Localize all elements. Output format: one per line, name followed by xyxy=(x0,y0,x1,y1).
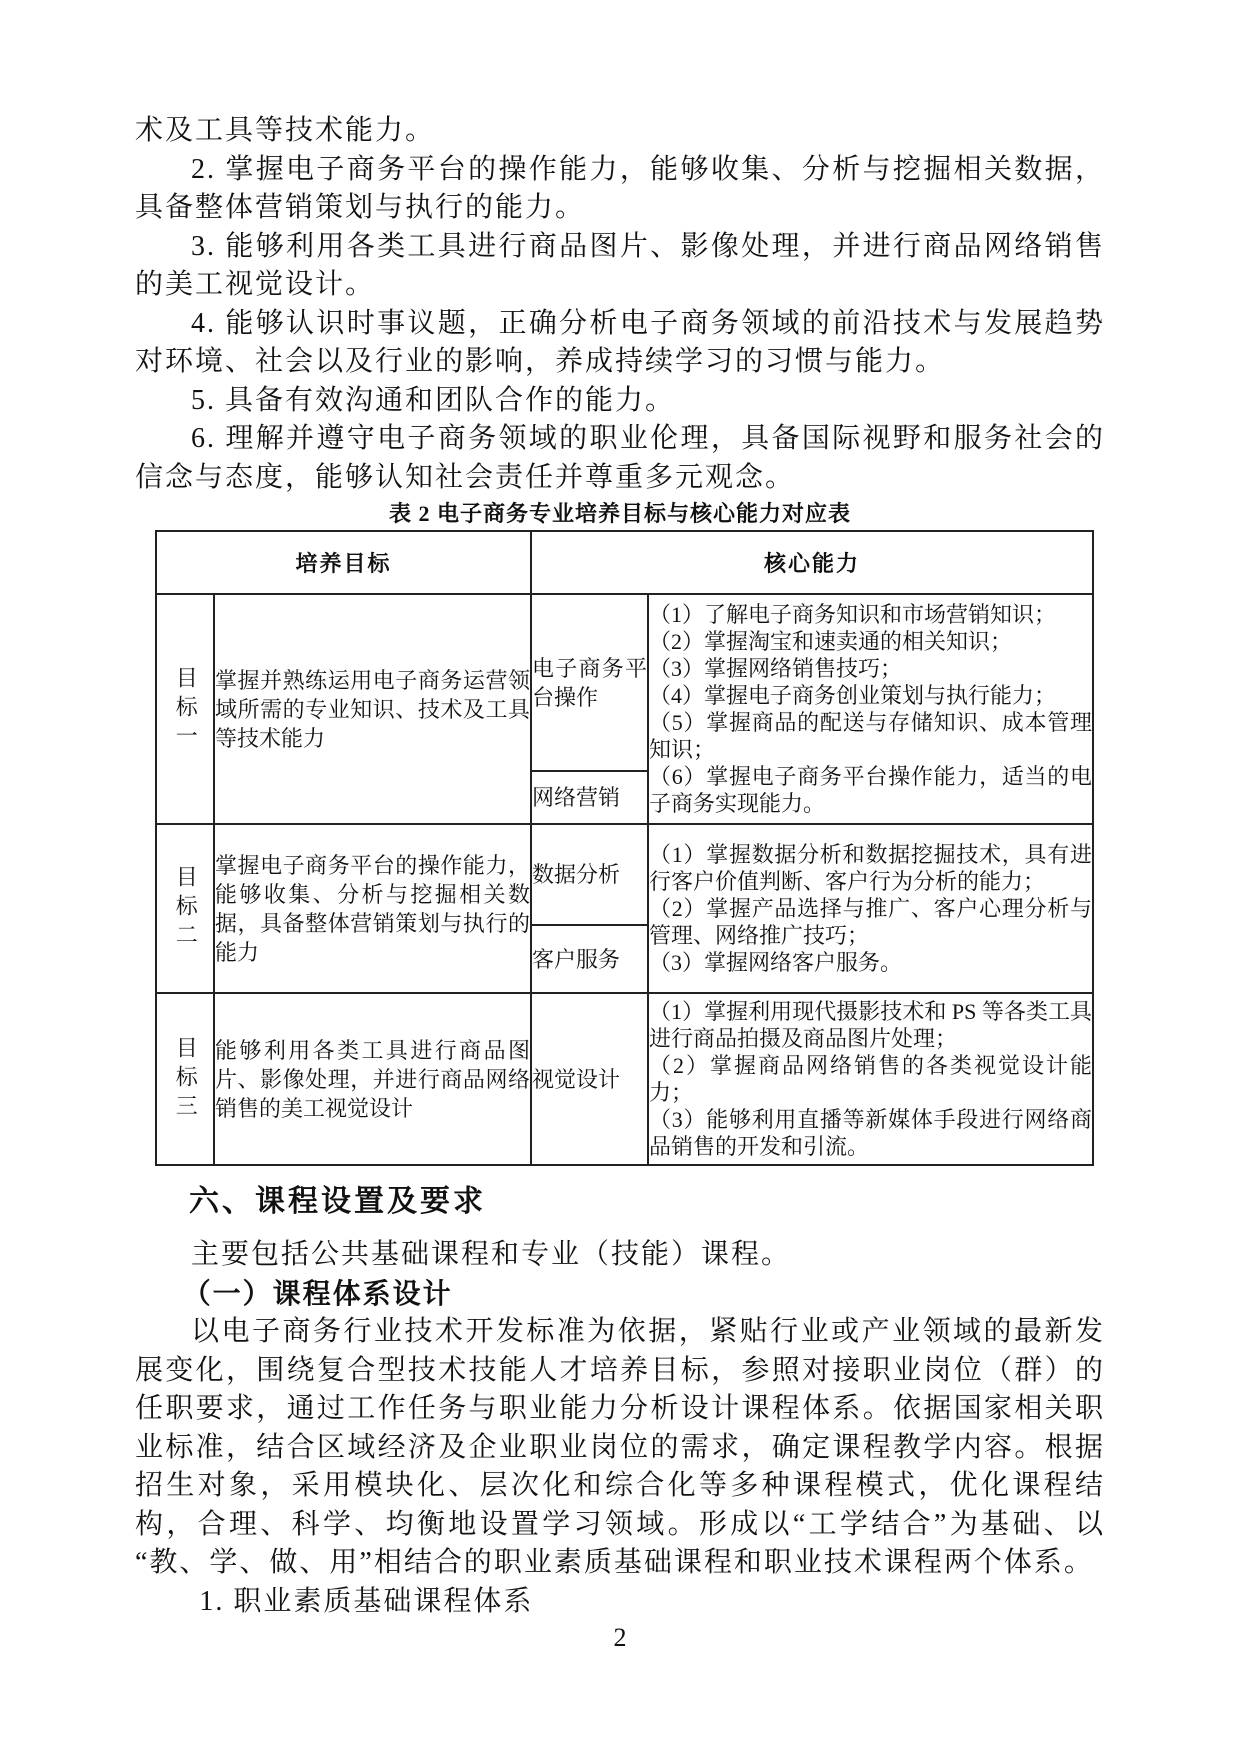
goal1-description: 掌握并熟练运用电子商务运营领域所需的专业知识、技术及工具等技术能力 xyxy=(214,594,531,824)
section-body-paragraph: 以电子商务行业技术开发标准为依据，紧贴行业或产业领域的最新发展变化，围绕复合型技… xyxy=(135,1313,1105,1583)
goal3-description: 能够利用各类工具进行商品图片、影像处理，并进行商品网络销售的美工视觉设计 xyxy=(214,993,531,1165)
ability-item: （1）掌握利用现代摄影技术和 PS 等各类工具进行商品拍摄及商品图片处理； xyxy=(649,998,1092,1052)
table-header-row: 培养目标 核心能力 xyxy=(156,531,1093,594)
goals-abilities-table: 培养目标 核心能力 目标一 掌握并熟练运用电子商务运营领域所需的专业知识、技术及… xyxy=(155,530,1094,1166)
goal1-domain-platform: 电子商务平台操作 xyxy=(531,594,648,771)
goal1-abilities: （1）了解电子商务知识和市场营销知识； （2）掌握淘宝和速卖通的相关知识； （3… xyxy=(648,594,1093,824)
goal3-abilities: （1）掌握利用现代摄影技术和 PS 等各类工具进行商品拍摄及商品图片处理； （2… xyxy=(648,993,1093,1165)
goal1-domain-marketing: 网络营销 xyxy=(531,771,648,824)
document-page: { "intro_paragraphs": [ "术及工具等技术能力。", "2… xyxy=(0,0,1240,1754)
ability-item: （2）掌握商品网络销售的各类视觉设计能力； xyxy=(649,1052,1092,1106)
subsection-heading: （一）课程体系设计 xyxy=(135,1275,1105,1314)
goal3-label: 目标三 xyxy=(156,993,214,1165)
goal1-label-text: 目标一 xyxy=(172,666,198,753)
table-row-goal1a: 目标一 掌握并熟练运用电子商务运营领域所需的专业知识、技术及工具等技术能力 电子… xyxy=(156,594,1093,771)
intro-item-6: 6. 理解并遵守电子商务领域的职业伦理，具备国际视野和服务社会的信念与态度，能够… xyxy=(135,420,1105,497)
header-cell-core-ability: 核心能力 xyxy=(531,531,1093,594)
ability-item: （1）掌握数据分析和数据挖掘技术，具有进行客户价值判断、客户行为分析的能力； xyxy=(649,841,1092,895)
goal2-label-text: 目标二 xyxy=(172,865,198,952)
table-row-goal3: 目标三 能够利用各类工具进行商品图片、影像处理，并进行商品网络销售的美工视觉设计… xyxy=(156,993,1093,1165)
intro-item-5: 5. 具备有效沟通和团队合作的能力。 xyxy=(135,382,1105,421)
page-number: 2 xyxy=(0,1622,1240,1654)
goal2-label: 目标二 xyxy=(156,824,214,993)
goal2-abilities: （1）掌握数据分析和数据挖掘技术，具有进行客户价值判断、客户行为分析的能力； （… xyxy=(648,824,1093,993)
ability-item: （5）掌握商品的配送与存储知识、成本管理知识； xyxy=(649,709,1092,763)
header-cell-training-goal: 培养目标 xyxy=(156,531,531,594)
ability-item: （3）掌握网络客户服务。 xyxy=(649,949,1092,976)
intro-item-3: 3. 能够利用各类工具进行商品图片、影像处理，并进行商品网络销售的美工视觉设计。 xyxy=(135,228,1105,305)
goal2-domain-customer-service: 客户服务 xyxy=(531,925,648,993)
ability-item: （2）掌握产品选择与推广、客户心理分析与管理、网络推广技巧； xyxy=(649,895,1092,949)
ability-item: （6）掌握电子商务平台操作能力，适当的电子商务实现能力。 xyxy=(649,763,1092,817)
table-caption: 表 2 电子商务专业培养目标与核心能力对应表 xyxy=(135,497,1105,530)
table-row-goal2a: 目标二 掌握电子商务平台的操作能力，能够收集、分析与挖掘相关数据，具备整体营销策… xyxy=(156,824,1093,925)
ability-item: （1）了解电子商务知识和市场营销知识； xyxy=(649,601,1092,628)
goal2-description: 掌握电子商务平台的操作能力，能够收集、分析与挖掘相关数据，具备整体营销策划与执行… xyxy=(214,824,531,993)
ability-item: （2）掌握淘宝和速卖通的相关知识； xyxy=(649,628,1092,655)
intro-line-continuation: 术及工具等技术能力。 xyxy=(135,112,1105,151)
numbered-item-heading: 1. 职业素质基础课程体系 xyxy=(135,1583,1105,1622)
intro-item-4: 4. 能够认识时事议题，正确分析电子商务领域的前沿技术与发展趋势对环境、社会以及… xyxy=(135,305,1105,382)
goal1-label: 目标一 xyxy=(156,594,214,824)
ability-item: （3）掌握网络销售技巧； xyxy=(649,655,1092,682)
page-content: 术及工具等技术能力。 2. 掌握电子商务平台的操作能力，能够收集、分析与挖掘相关… xyxy=(135,112,1105,1621)
section-lead-paragraph: 主要包括公共基础课程和专业（技能）课程。 xyxy=(135,1236,1105,1275)
goal3-domain-visual-design: 视觉设计 xyxy=(531,993,648,1165)
goal3-label-text: 目标三 xyxy=(172,1036,198,1123)
section-heading: 六、课程设置及要求 xyxy=(135,1182,1105,1222)
intro-item-2: 2. 掌握电子商务平台的操作能力，能够收集、分析与挖掘相关数据，具备整体营销策划… xyxy=(135,151,1105,228)
ability-item: （4）掌握电子商务创业策划与执行能力； xyxy=(649,682,1092,709)
goal2-domain-data-analysis: 数据分析 xyxy=(531,824,648,925)
ability-item: （3）能够利用直播等新媒体手段进行网络商品销售的开发和引流。 xyxy=(649,1106,1092,1160)
